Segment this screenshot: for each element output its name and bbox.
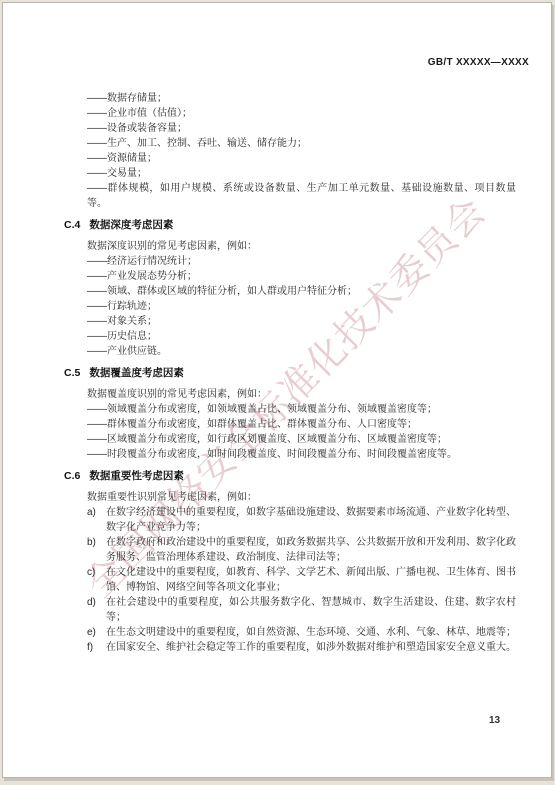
item-label: d) [87,595,106,625]
document-canvas: 全国网络安全标准化技术委员会 GB/T XXXXX—XXXX ——数据存储量； … [0,0,555,785]
list-item: ——行踪轨迹； [64,299,516,314]
section-number: C.5 [64,367,80,379]
item-text: 在数字政府和政治建设中的重要程度，如政务数据共享、公共数据开放和开发利用、数字化… [106,535,516,565]
section-c4: C.4数据深度考虑因素 数据深度识别的常见考虑因素，例如： ——经济运行情况统计… [64,218,516,359]
item-text: 在文化建设中的重要程度，如教育、科学、文学艺术、新闻出版、广播电视、卫生体育、图… [106,565,516,595]
list-item: ——生产、加工、控制、吞吐、输送、储存能力； [64,136,516,151]
lettered-item: c) 在文化建设中的重要程度，如教育、科学、文学艺术、新闻出版、广播电视、卫生体… [64,565,516,595]
item-text: 在生态文明建设中的重要程度，如自然资源、生态环境、交通、水利、气象、林草、地震等… [106,625,516,640]
section-intro: 数据重要性识别常见考虑因素，例如： [64,490,516,505]
item-label: a) [87,505,106,535]
section-heading: C.5数据覆盖度考虑因素 [64,366,516,381]
item-text: 在国家安全、维护社会稳定等工作的重要程度，如涉外数据对维护和塑造国家安全意义重大… [106,640,516,655]
section-title: 数据深度考虑因素 [89,219,173,231]
list-item: ——产业发展态势分析； [64,269,516,284]
list-item: ——群体规模，如用户规模、系统或设备数量、生产加工单元数量、基础设施数量、项目数… [64,181,516,211]
list-item: ——经济运行情况统计； [64,254,516,269]
list-item: ——资源储量； [64,151,516,166]
lettered-item: d) 在社会建设中的重要程度，如公共服务数字化、智慧城市、数字生活建设、住建、数… [64,595,516,625]
section-number: C.4 [64,219,80,231]
list-item: ——对象关系； [64,314,516,329]
section-c5: C.5数据覆盖度考虑因素 数据覆盖度识别的常见考虑因素，例如： ——领域覆盖分布… [64,366,516,462]
list-item: ——企业市值（估值）； [64,106,516,121]
list-item: ——设备或装备容量； [64,121,516,136]
lettered-item: f) 在国家安全、维护社会稳定等工作的重要程度，如涉外数据对维护和塑造国家安全意… [64,640,516,655]
item-label: e) [87,625,106,640]
section-title: 数据覆盖度考虑因素 [89,367,184,379]
list-item: ——区域覆盖分布或密度，如行政区划覆盖度、区域覆盖分布、区域覆盖密度等； [64,432,516,447]
item-label: f) [87,640,106,655]
item-text: 在数字经济建设中的重要程度，如数字基础设施建设、数据要素市场流通、产业数字化转型… [106,505,516,535]
list-item: ——时段覆盖分布或密度，如时间段覆盖度、时间段覆盖分布、时间段覆盖密度等。 [64,447,516,462]
section-intro: 数据深度识别的常见考虑因素，例如： [64,239,516,254]
list-item: ——历史信息； [64,329,516,344]
page-content: ——数据存储量； ——企业市值（估值）； ——设备或装备容量； ——生产、加工、… [64,91,516,655]
section-heading: C.4数据深度考虑因素 [64,218,516,233]
lettered-item: a) 在数字经济建设中的重要程度，如数字基础设施建设、数据要素市场流通、产业数字… [64,505,516,535]
lettered-item: e) 在生态文明建设中的重要程度，如自然资源、生态环境、交通、水利、气象、林草、… [64,625,516,640]
item-label: c) [87,565,106,595]
page-number: 13 [489,715,500,726]
list-item: ——群体覆盖分布或密度，如群体覆盖占比、群体覆盖分布、人口密度等； [64,417,516,432]
section-heading: C.6数据重要性考虑因素 [64,469,516,484]
section-number: C.6 [64,470,80,482]
list-item: ——数据存储量； [64,91,516,106]
section-c6: C.6数据重要性考虑因素 数据重要性识别常见考虑因素，例如： a) 在数字经济建… [64,469,516,655]
document-page: 全国网络安全标准化技术委员会 GB/T XXXXX—XXXX ——数据存储量； … [2,2,552,778]
lettered-item: b) 在数字政府和政治建设中的重要程度，如政务数据共享、公共数据开放和开发利用、… [64,535,516,565]
standard-code-header: GB/T XXXXX—XXXX [428,57,529,68]
section-title: 数据重要性考虑因素 [89,470,184,482]
list-item: ——交易量； [64,166,516,181]
list-item: ——领域、群体或区域的特征分析，如人群或用户特征分析； [64,284,516,299]
section-intro: 数据覆盖度识别的常见考虑因素，例如： [64,387,516,402]
list-item: ——领域覆盖分布或密度，如领域覆盖占比、领域覆盖分布、领域覆盖密度等； [64,402,516,417]
item-label: b) [87,535,106,565]
leading-dash-list: ——数据存储量； ——企业市值（估值）； ——设备或装备容量； ——生产、加工、… [64,91,516,211]
item-text: 在社会建设中的重要程度，如公共服务数字化、智慧城市、数字生活建设、住建、数字农村… [106,595,516,625]
list-item: ——产业供应链。 [64,344,516,359]
